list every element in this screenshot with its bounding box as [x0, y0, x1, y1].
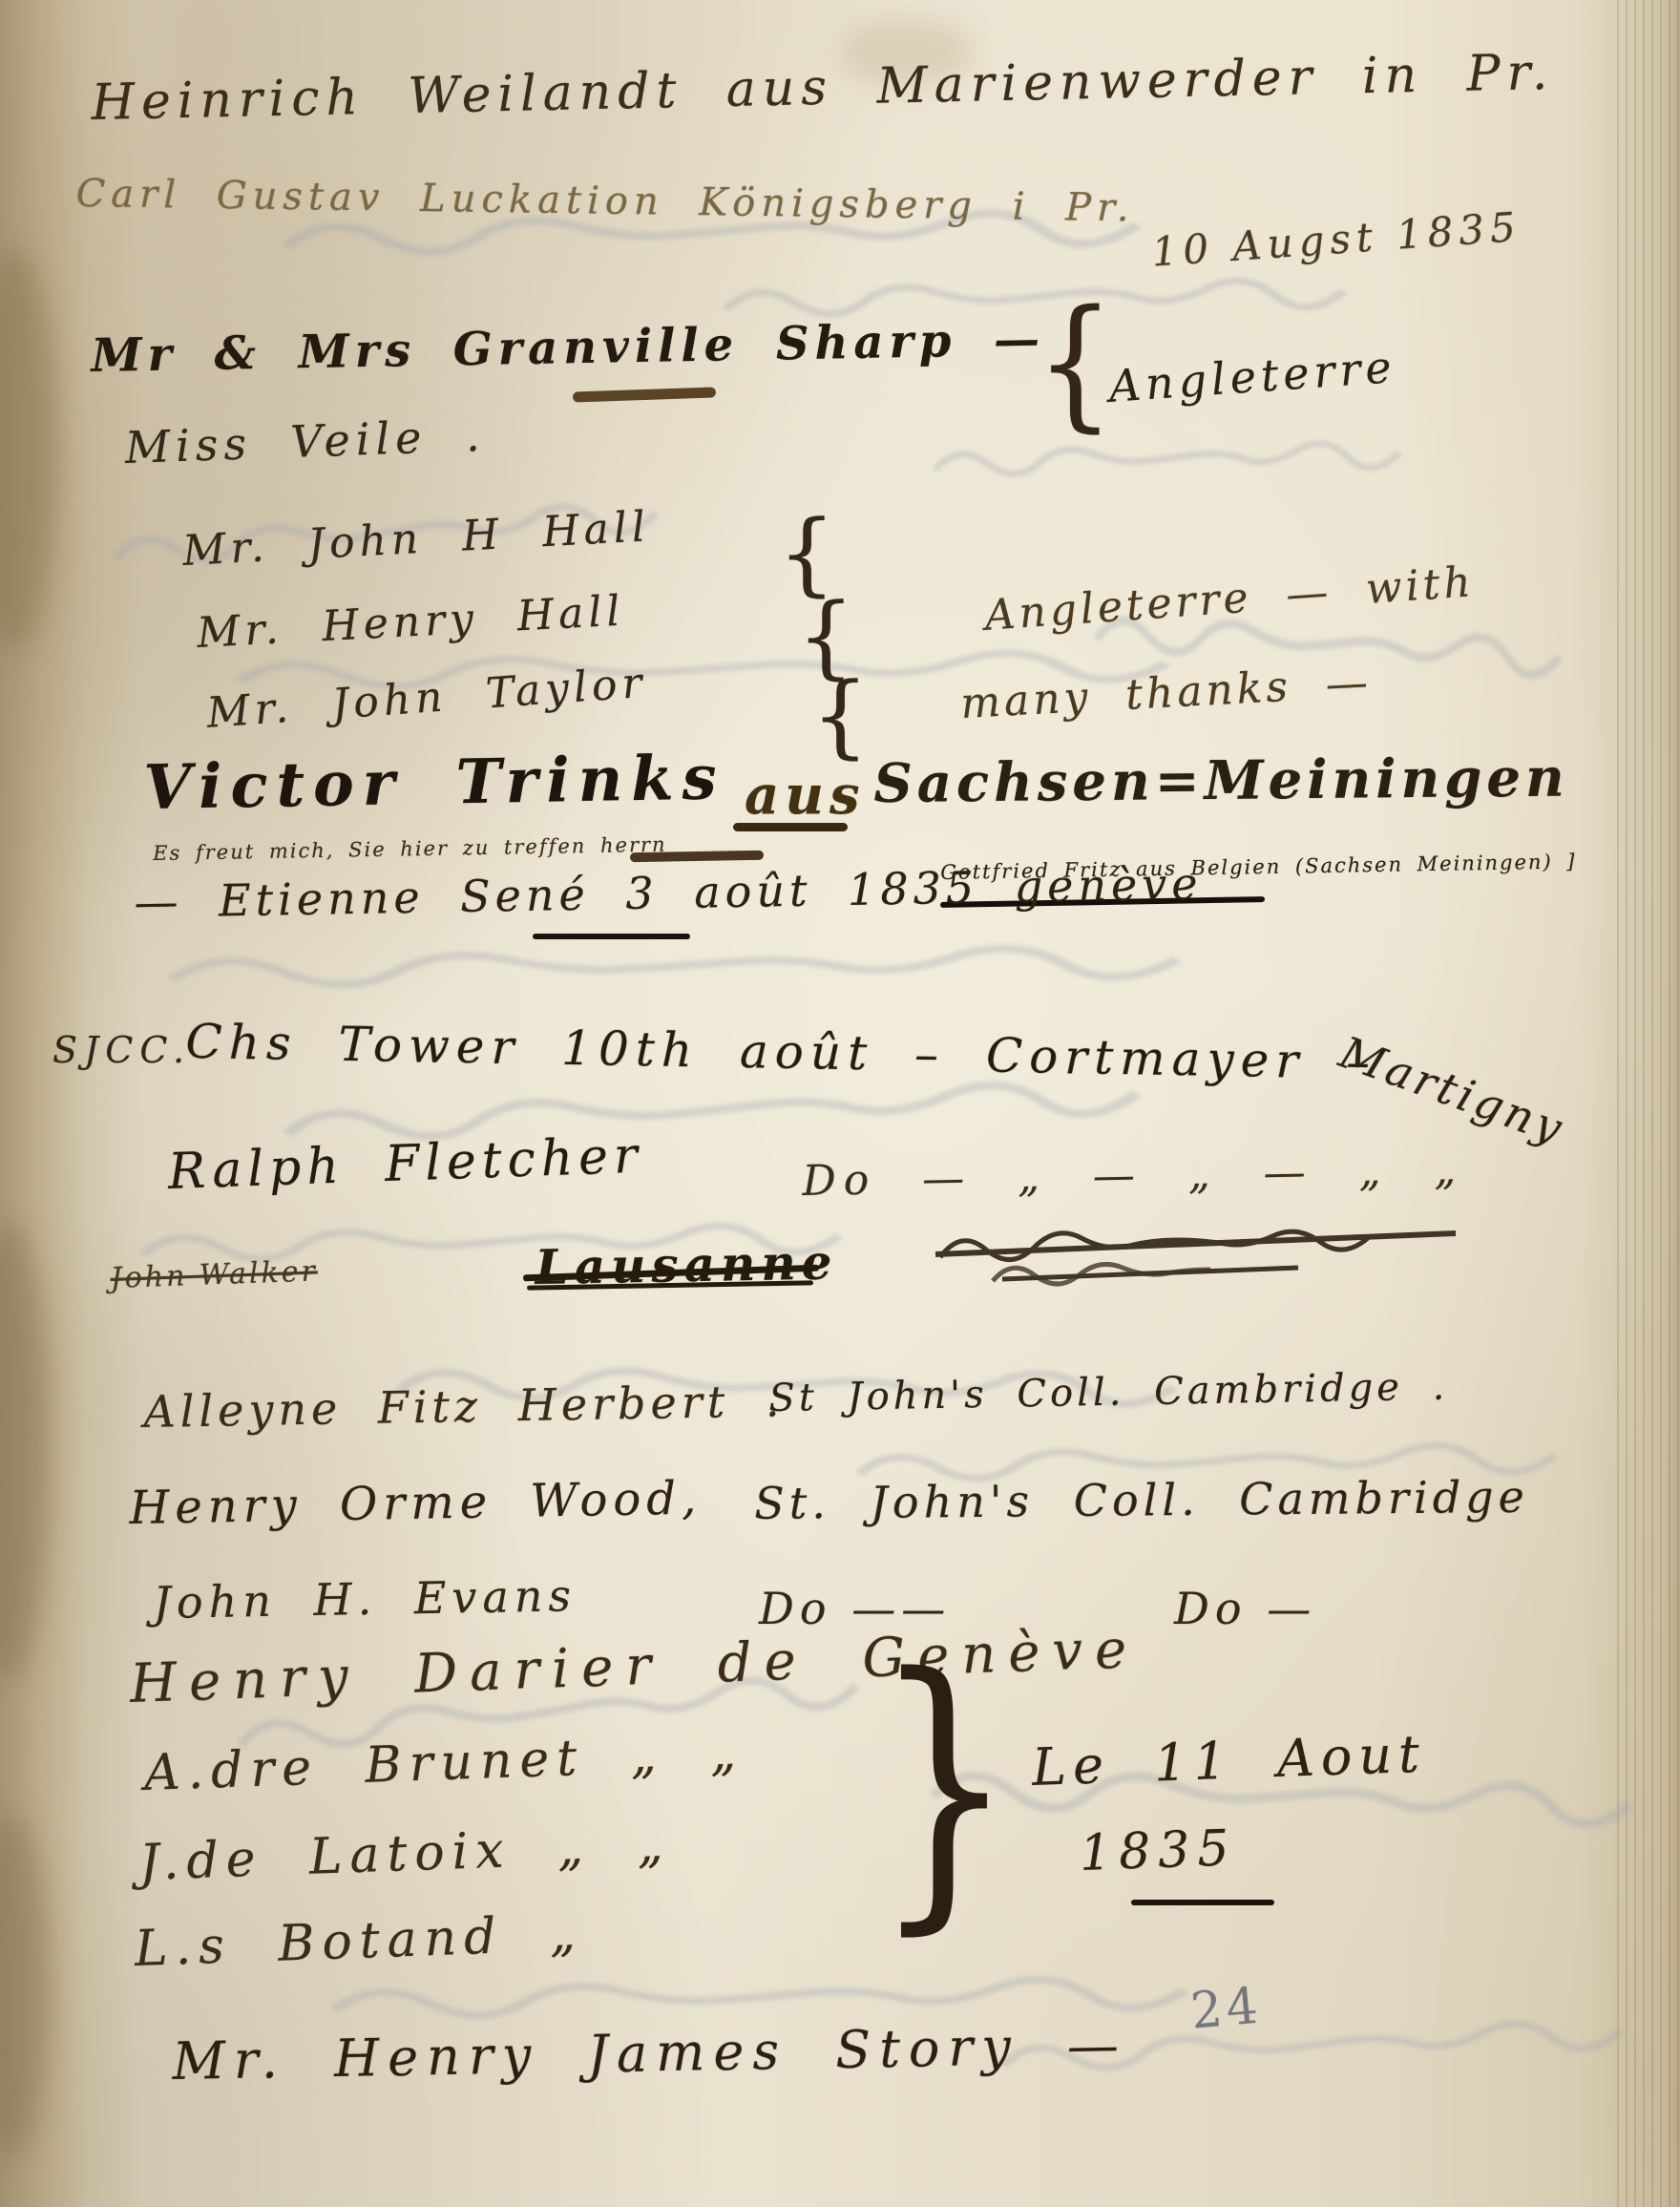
entry-evans-ditto2: Do — [1174, 1583, 1316, 1634]
manuscript-page: Heinrich Weilandt aus Marienwerder in Pr… [0, 0, 1680, 2207]
entry-group-country: Angleterre — with [983, 557, 1476, 641]
entry-trinks-aus: aus [745, 764, 866, 827]
entry-sene: — Etienne Sené 3 août 1835 genève [134, 857, 1203, 928]
entry-story: Mr. Henry James Story — [172, 2015, 1127, 2091]
entry-fitzherbert-college: St John's Coll. Cambridge . [768, 1365, 1449, 1420]
entry-date-aout: Le 11 Aout [1031, 1724, 1427, 1797]
entry-hall-henry: Mr. Henry Hall [196, 587, 626, 658]
entry-group-thanks: many thanks — [959, 658, 1373, 727]
entry-latoix: J.de Latoix „ „ [138, 1817, 671, 1892]
entry-wood: Henry Orme Wood, [129, 1472, 703, 1535]
ink-rule-1835 [1131, 1900, 1274, 1905]
entry-sjcc: SJCC. [52, 1029, 191, 1071]
ink-underline-aus [733, 823, 848, 831]
entry-fletcher-ditto: Do — „ — „ — „ „ [802, 1146, 1464, 1206]
ink-rule-sene [533, 934, 690, 939]
brace-geneva-group: } [873, 1615, 1015, 1960]
entry-sharp-country: Angleterre [1107, 341, 1397, 412]
entry-hall-john: Mr. John H Hall [181, 502, 651, 576]
entry-date-year: 1835 [1079, 1819, 1237, 1882]
entry-wood-college: St. John's Coll. Cambridge [754, 1471, 1529, 1529]
entry-trinks-note-left: Es freut mich, Sie hier zu treffen herrn [153, 833, 667, 865]
brace-taylor: { [811, 663, 869, 768]
page-edge-curl [1617, 0, 1680, 2207]
ink-underline-granville [573, 387, 716, 402]
entry-luckation-date: 10 Augst 1835 [1150, 203, 1522, 276]
entry-tower: Chs Tower 10th août – Cortmayer – [185, 1014, 1377, 1090]
entry-fitzherbert: Alleyne Fitz Herbert . [143, 1375, 785, 1438]
entry-luckation: Carl Gustav Luckation Königsberg i Pr. [75, 172, 1135, 230]
brace-sharp: { [1036, 279, 1115, 446]
entry-tower-place: Martigny [1333, 1026, 1572, 1155]
page-number-pencil: 24 [1188, 1978, 1264, 2041]
entry-struck-walker: John Walker [110, 1254, 318, 1295]
entry-miss-veile: Miss Veile . [124, 410, 486, 473]
paper-stain [0, 248, 57, 649]
entry-trinks-place: Sachsen=Meiningen [873, 746, 1569, 815]
entry-trinks: Victor Trinks [143, 742, 725, 824]
paper-stain [0, 1814, 50, 2157]
entry-evans: John H. Evans [153, 1569, 577, 1629]
entry-botand: L.s Botand „ [134, 1905, 584, 1978]
entry-sharp: Mr & Mrs Granville Sharp — [91, 313, 1046, 383]
entry-weilandt: Heinrich Weilandt aus Marienwerder in Pr… [91, 44, 1555, 132]
entry-brunet: A.dre Brunet „ „ [143, 1724, 745, 1802]
ink-scribble-note [630, 851, 764, 862]
entry-fletcher: Ralph Fletcher [167, 1127, 644, 1201]
entry-taylor: Mr. John Taylor [205, 659, 648, 738]
crossed-out-scribble [935, 1205, 1470, 1310]
paper-stain [0, 1222, 50, 1680]
